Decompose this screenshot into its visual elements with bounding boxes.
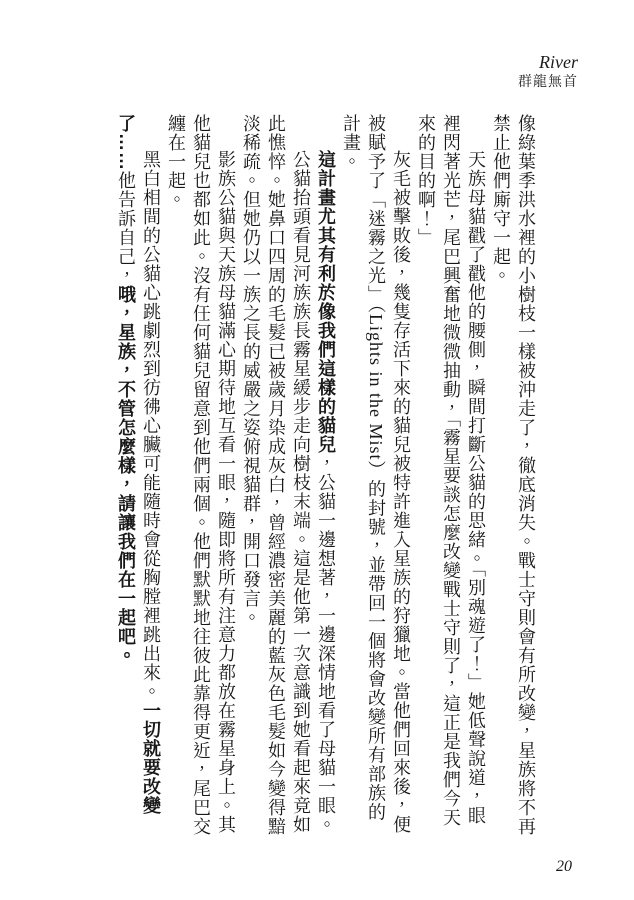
paragraph: 公貓抬頭看見河族族長霧星緩步走向樹枝末端。這是他第一次意識到她看起來竟如此憔悴。… [238, 114, 313, 838]
page-header: River 群龍無首 [518, 52, 578, 91]
text-run: ，公貓一邊想著，一邊深情地看了母貓一眼。 [316, 454, 336, 834]
paragraph: 黑白相間的公貓心跳劇烈到彷彿心臟可能隨時會從胸膛裡跳出來。一切就要改變了……他告… [113, 114, 163, 838]
book-title: 群龍無首 [518, 75, 578, 91]
text-run: 像綠葉季洪水裡的小樹枝一樣被沖走了，徹底消失。戰士守則會有所改變，星族將不再禁止… [491, 114, 536, 836]
paragraph: 灰毛被擊敗後，幾隻存活下來的貓兒被特許進入星族的狩獵地。當他們回來後，便被賦予了… [338, 114, 413, 838]
text-run: 灰毛被擊敗後，幾隻存活下來的貓兒被特許進入星族的狩獵地。當他們回來後，便被賦予了… [341, 114, 411, 834]
series-title: River [518, 52, 578, 72]
body-text: 像綠葉季洪水裡的小樹枝一樣被沖走了，徹底消失。戰士守則會有所改變，星族將不再禁止… [110, 114, 538, 838]
paragraph: 天族母貓戳了戳他的腰側，瞬間打斷公貓的思緒。「別魂遊了！」她低聲說道，眼裡閃著光… [413, 114, 488, 838]
text-run: 影族公貓與天族母貓滿心期待地互看一眼，隨即將所有注意力都放在霧星身上。其他貓兒也… [166, 114, 236, 836]
paragraph: 影族公貓與天族母貓滿心期待地互看一眼，隨即將所有注意力都放在霧星身上。其他貓兒也… [163, 114, 238, 838]
emphasized-text-run: 這計畫尤其有利於像我們這樣的貓兒 [316, 150, 336, 454]
book-page: River 群龍無首 像綠葉季洪水裡的小樹枝一樣被沖走了，徹底消失。戰士守則會有… [0, 0, 634, 900]
text-run: 黑白相間的公貓心跳劇烈到彷彿心臟可能隨時會從胸膛裡跳出來。 [141, 150, 161, 701]
emphasized-text-run: 哦，星族，不管怎麼樣，請讓我們在一起吧。 [116, 285, 136, 665]
paragraph: 這計畫尤其有利於像我們這樣的貓兒，公貓一邊想著，一邊深情地看了母貓一眼。 [313, 114, 338, 838]
text-run: 天族母貓戳了戳他的腰側，瞬間打斷公貓的思緒。「別魂遊了！」她低聲說道，眼裡閃著光… [416, 114, 486, 827]
text-run: 公貓抬頭看見河族族長霧星緩步走向樹枝末端。這是他第一次意識到她看起來竟如此憔悴。… [241, 114, 311, 836]
text-run: 他告訴自己， [116, 171, 136, 285]
paragraph: 像綠葉季洪水裡的小樹枝一樣被沖走了，徹底消失。戰士守則會有所改變，星族將不再禁止… [488, 114, 538, 838]
page-number: 20 [556, 858, 572, 876]
